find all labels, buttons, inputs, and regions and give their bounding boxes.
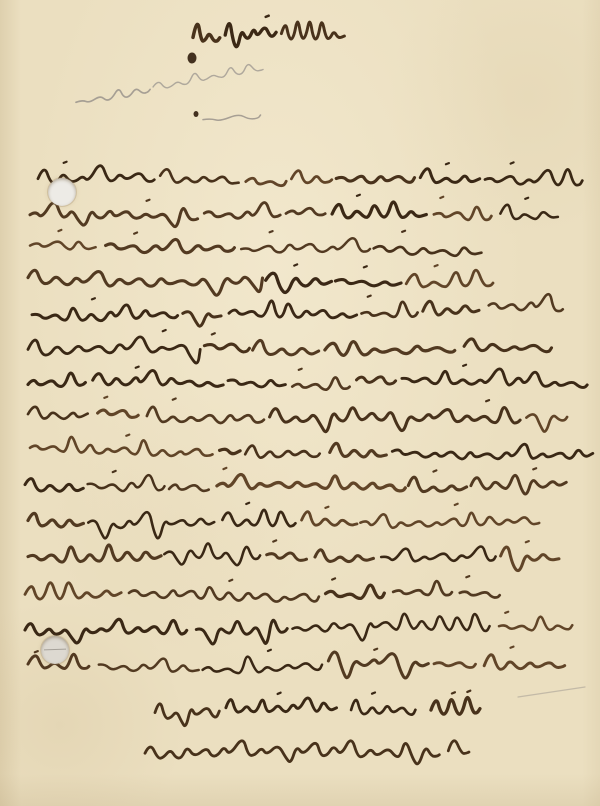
ink-stroke xyxy=(435,265,438,266)
ink-stroke xyxy=(485,169,582,185)
ink-stroke xyxy=(222,510,295,526)
ink-stroke xyxy=(169,485,209,491)
ink-stroke xyxy=(64,162,67,163)
ink-stroke xyxy=(30,203,198,227)
ink-stroke xyxy=(25,479,83,492)
ink-stroke xyxy=(58,230,61,231)
ink-stroke xyxy=(446,163,449,164)
ink-stroke xyxy=(291,171,331,183)
ink-stroke xyxy=(28,373,85,386)
ink-stroke xyxy=(381,546,495,561)
ink-stroke xyxy=(104,397,107,398)
ink-stroke xyxy=(368,296,371,297)
ink-stroke xyxy=(173,399,176,400)
ink-stroke xyxy=(408,477,466,491)
ink-stroke xyxy=(330,443,387,457)
ink-stroke xyxy=(28,513,83,527)
ink-stroke xyxy=(486,400,489,401)
ink-stroke xyxy=(204,344,249,352)
ink-stroke xyxy=(88,512,214,538)
ink-stroke xyxy=(268,650,271,651)
ink-stroke xyxy=(434,207,492,220)
ink-stroke xyxy=(241,238,370,252)
ink-stroke xyxy=(374,246,482,256)
ink-stroke xyxy=(332,578,335,579)
ink-stroke xyxy=(126,435,129,436)
ink-stroke xyxy=(440,197,443,198)
ink-stroke xyxy=(92,298,95,299)
ink-stroke xyxy=(471,475,566,494)
ink-stroke xyxy=(463,365,466,366)
ink-stroke xyxy=(402,231,405,232)
ink-stroke xyxy=(267,553,307,560)
ink-stroke xyxy=(518,687,585,697)
ink-stroke xyxy=(134,233,137,234)
ink-stroke xyxy=(364,266,367,267)
ink-stroke xyxy=(460,592,500,598)
ink-stroke xyxy=(302,512,357,526)
ink-stroke xyxy=(360,513,539,528)
ink-stroke xyxy=(315,550,373,562)
ink-stroke xyxy=(30,437,213,456)
ink-stroke xyxy=(351,700,415,715)
ink-stroke xyxy=(223,468,226,469)
ink-stroke xyxy=(501,547,559,571)
ink-stroke xyxy=(203,657,322,673)
ink-stroke xyxy=(217,474,405,490)
ink-stroke xyxy=(246,503,249,504)
ink-stroke xyxy=(246,178,286,185)
ink-stroke xyxy=(374,649,377,650)
ink-stroke xyxy=(164,543,260,565)
ink-stroke xyxy=(281,22,344,39)
ink-stroke xyxy=(500,205,558,219)
ink-stroke xyxy=(372,693,375,694)
ink-stroke xyxy=(225,24,276,47)
ink-stroke xyxy=(229,301,357,318)
ink-stroke xyxy=(278,693,281,694)
ink-stroke xyxy=(183,312,221,327)
ink-stroke xyxy=(160,169,238,183)
ink-stroke xyxy=(466,576,469,577)
ink-stroke xyxy=(336,176,414,183)
ink-stroke xyxy=(406,270,493,287)
ink-stroke xyxy=(129,587,319,601)
ink-stroke xyxy=(266,16,269,17)
ink-stroke xyxy=(93,370,224,386)
letter-page: 2. Juni 1912.erl. 4.7.12omLieber Herr v.… xyxy=(0,0,600,806)
ink-stroke xyxy=(489,294,563,311)
ink-stroke xyxy=(212,333,215,334)
ink-stroke xyxy=(505,612,508,613)
ink-stroke xyxy=(76,89,150,102)
ink-stroke xyxy=(28,270,263,295)
handwriting-layer xyxy=(0,0,600,806)
ink-stroke xyxy=(136,367,139,368)
ink-stroke xyxy=(147,200,150,201)
ink-stroke xyxy=(467,691,470,692)
ink-stroke xyxy=(245,446,320,458)
ink-stroke xyxy=(226,698,337,712)
ink-stroke xyxy=(196,620,287,644)
ink-stroke xyxy=(448,741,469,754)
ink-stroke xyxy=(526,414,567,431)
ink-stroke xyxy=(253,340,319,354)
ink-stroke xyxy=(286,208,325,215)
ink-stroke xyxy=(332,202,426,218)
ink-stroke xyxy=(499,617,572,631)
ink-stroke xyxy=(525,198,528,199)
ink-stroke xyxy=(28,545,161,562)
ink-stroke xyxy=(270,231,273,232)
ink-stroke xyxy=(511,647,514,648)
ink-stroke xyxy=(203,115,261,120)
ink-stroke xyxy=(35,651,38,652)
ink-stroke xyxy=(452,692,455,693)
ink-stroke xyxy=(28,337,200,363)
ink-stroke xyxy=(28,407,88,419)
ink-stroke xyxy=(220,449,241,453)
ink-stroke xyxy=(266,273,332,292)
ink-stroke xyxy=(106,239,235,252)
ink-stroke xyxy=(193,24,220,41)
ink-stroke xyxy=(229,580,232,581)
scratch-mark xyxy=(44,649,66,651)
ink-stroke xyxy=(533,468,536,469)
ink-stroke xyxy=(98,410,139,417)
ink-stroke xyxy=(328,652,428,678)
ink-stroke xyxy=(357,195,360,196)
ink-stroke xyxy=(431,698,480,715)
ink-stroke xyxy=(335,280,401,286)
ink-stroke xyxy=(325,507,328,508)
punch-hole-top-icon xyxy=(48,178,76,206)
ink-stroke xyxy=(292,377,349,389)
ink-stroke xyxy=(526,541,529,542)
ink-stroke xyxy=(145,741,439,764)
ink-stroke xyxy=(294,264,297,265)
ink-stroke xyxy=(270,407,520,431)
punch-hole-bottom-icon xyxy=(41,636,69,664)
ink-stroke xyxy=(204,203,280,219)
ink-stroke xyxy=(402,369,587,387)
ink-stroke xyxy=(88,475,165,491)
ink-stroke xyxy=(434,663,476,668)
ink-speck xyxy=(194,111,199,117)
ink-stroke xyxy=(155,704,219,726)
ink-stroke xyxy=(147,407,264,423)
ink-stroke xyxy=(163,330,166,331)
ink-stroke xyxy=(25,583,121,599)
ink-stroke xyxy=(455,504,458,505)
ink-stroke xyxy=(325,342,455,356)
ink-stroke xyxy=(299,369,302,370)
ink-stroke xyxy=(484,655,565,670)
ink-stroke xyxy=(464,339,551,352)
ink-stroke xyxy=(326,585,385,598)
ink-stroke xyxy=(362,302,418,317)
ink-stroke xyxy=(32,305,178,321)
ink-stroke xyxy=(273,540,276,541)
ink-stroke xyxy=(99,659,199,672)
ink-stroke xyxy=(433,470,436,471)
ink-stroke xyxy=(357,377,396,384)
ink-stroke xyxy=(392,444,593,459)
ink-stroke xyxy=(511,162,514,163)
ink-blot xyxy=(188,53,197,64)
ink-stroke xyxy=(30,242,96,250)
ink-stroke xyxy=(423,301,479,315)
ink-stroke xyxy=(113,471,116,472)
ink-stroke xyxy=(420,169,479,183)
ink-stroke xyxy=(293,614,490,641)
ink-stroke xyxy=(393,581,452,595)
ink-stroke xyxy=(153,65,263,88)
ink-stroke xyxy=(228,380,285,387)
